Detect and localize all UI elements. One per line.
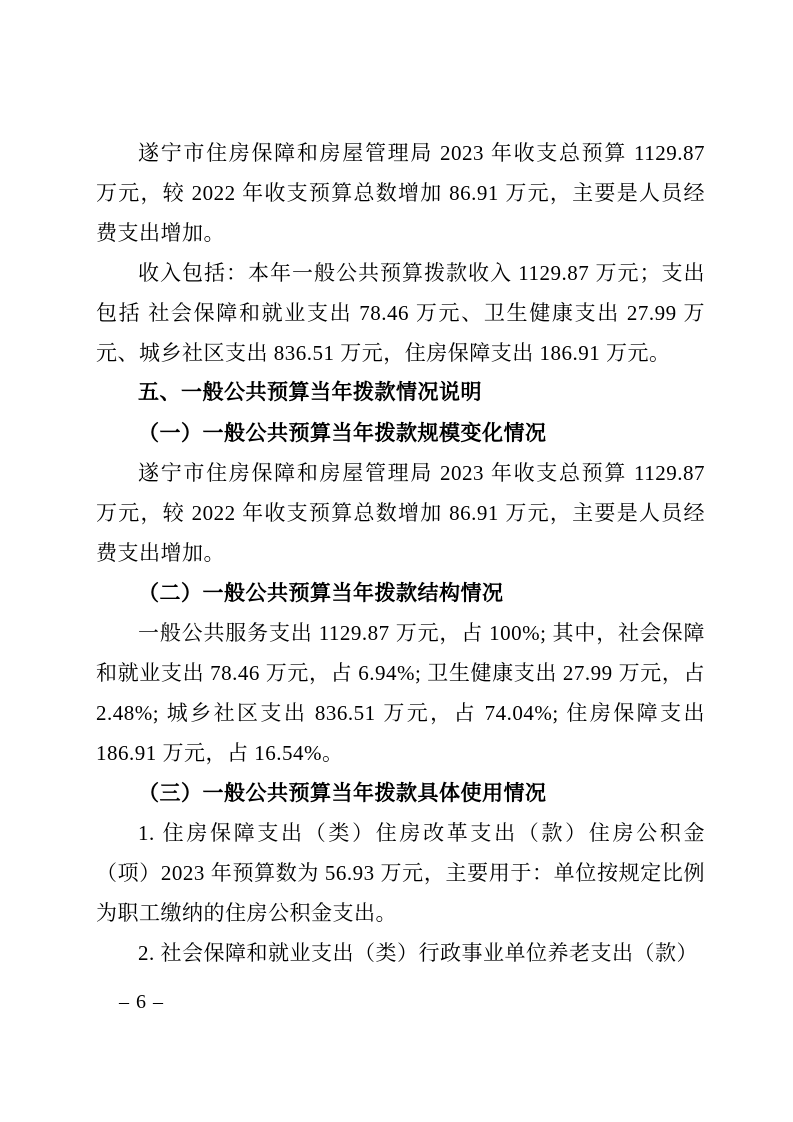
page-number: – 6 – <box>119 988 164 1016</box>
document-page: 遂宁市住房保障和房屋管理局 2023 年收支总预算 1129.87 万元，较 2… <box>0 0 793 1122</box>
subsection-heading-specific-usage: （三）一般公共预算当年拨款具体使用情况 <box>96 773 705 813</box>
paragraph-usage-item-2-pension: 2. 社会保障和就业支出（类）行政事业单位养老支出（款） <box>96 933 705 973</box>
paragraph-structure-detail: 一般公共服务支出 1129.87 万元，占 100%; 其中，社会保障和就业支出… <box>96 613 705 773</box>
document-content: 遂宁市住房保障和房屋管理局 2023 年收支总预算 1129.87 万元，较 2… <box>96 133 705 973</box>
paragraph-usage-item-1-housing-fund: 1. 住房保障支出（类）住房改革支出（款）住房公积金（项）2023 年预算数为 … <box>96 813 705 933</box>
subsection-heading-scale-change: （一）一般公共预算当年拨款规模变化情况 <box>96 413 705 453</box>
paragraph-budget-total-summary: 遂宁市住房保障和房屋管理局 2023 年收支总预算 1129.87 万元，较 2… <box>96 133 705 253</box>
paragraph-income-expenditure-breakdown: 收入包括：本年一般公共预算拨款收入 1129.87 万元；支出包括 社会保障和就… <box>96 253 705 373</box>
subsection-heading-structure: （二）一般公共预算当年拨款结构情况 <box>96 573 705 613</box>
section-heading-general-budget-appropriation: 五、一般公共预算当年拨款情况说明 <box>96 373 705 413</box>
paragraph-scale-change-detail: 遂宁市住房保障和房屋管理局 2023 年收支总预算 1129.87 万元，较 2… <box>96 453 705 573</box>
